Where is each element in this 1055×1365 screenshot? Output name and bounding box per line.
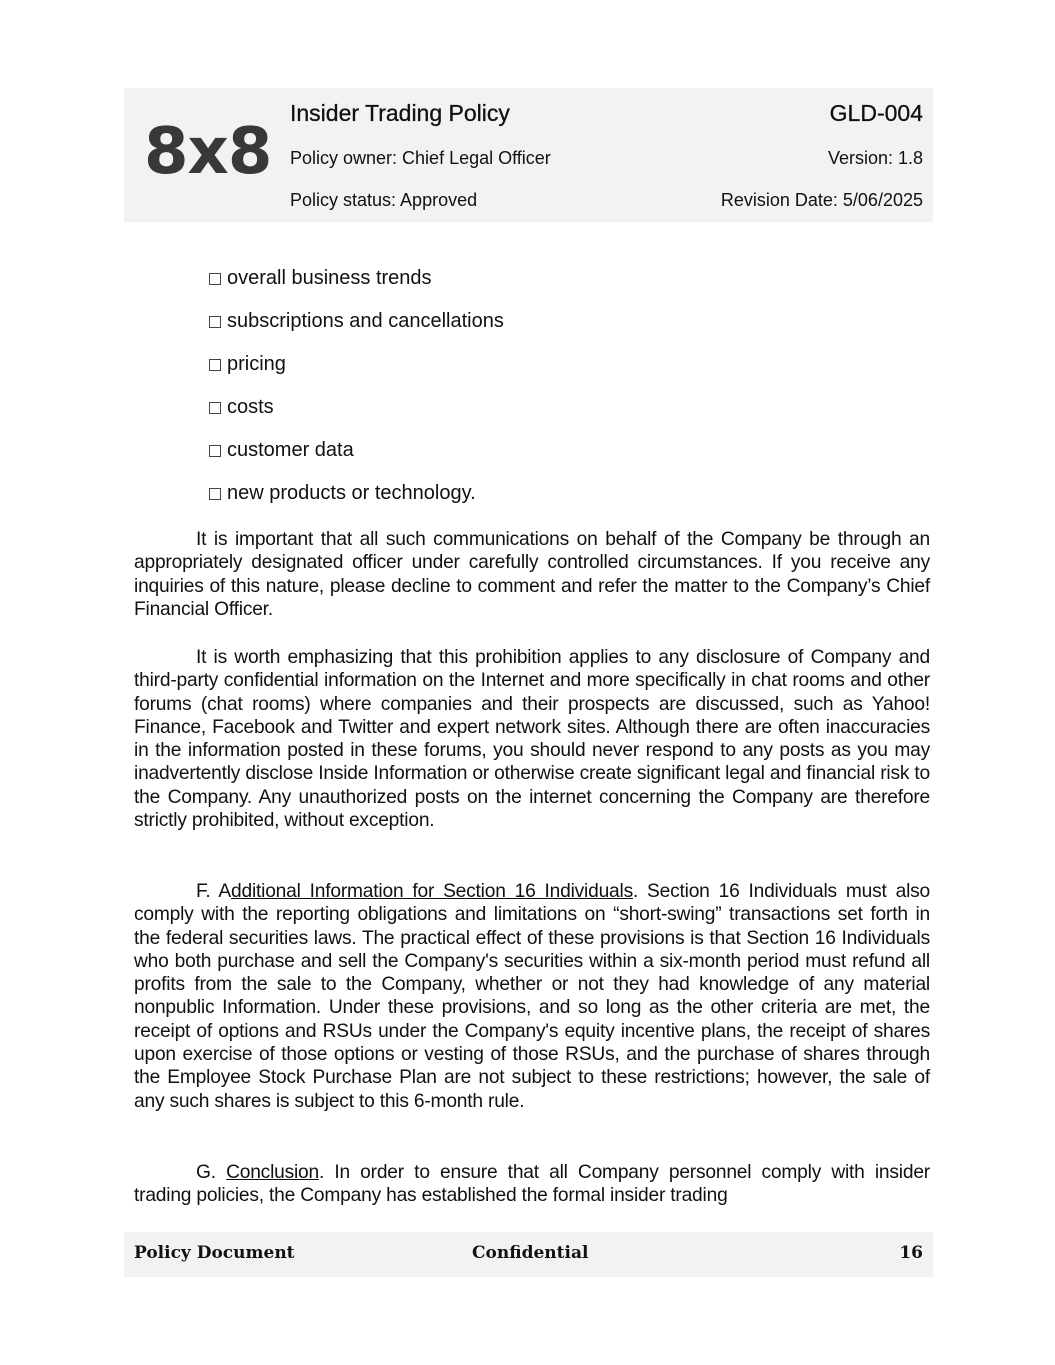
company-logo: 8x8 [144, 116, 271, 188]
revision-date: Revision Date: 5/06/2025 [721, 190, 923, 211]
section-heading: dditional Information for Section 16 Ind… [231, 881, 633, 902]
checkbox-icon [209, 359, 221, 371]
footer-classification: Confidential [472, 1243, 588, 1263]
paragraph-section-16: F. Additional Information for Section 16… [134, 880, 930, 1113]
document-header: 8x8 Insider Trading Policy GLD-004 Polic… [124, 88, 933, 222]
paragraph-conclusion: G. Conclusion. In order to ensure that a… [134, 1161, 930, 1208]
checkbox-icon [209, 488, 221, 500]
paragraph-internet-disclosure: It is worth emphasizing that this prohib… [134, 646, 930, 832]
policy-version: Version: 1.8 [828, 148, 923, 169]
policy-owner: Policy owner: Chief Legal Officer [290, 148, 551, 169]
header-row-owner: Policy owner: Chief Legal Officer Versio… [290, 148, 923, 169]
document-footer: Policy Document Confidential 16 [124, 1232, 933, 1277]
list-item: new products or technology. [208, 481, 504, 524]
list-item: costs [208, 395, 504, 438]
paragraph-communications: It is important that all such communicat… [134, 528, 930, 621]
policy-title: Insider Trading Policy [290, 100, 510, 127]
policy-status: Policy status: Approved [290, 190, 477, 211]
checkbox-icon [209, 273, 221, 285]
policy-id: GLD-004 [830, 100, 923, 127]
header-row-status: Policy status: Approved Revision Date: 5… [290, 190, 923, 211]
page-number: 16 [899, 1243, 923, 1263]
checkbox-icon [209, 445, 221, 457]
bullet-list: overall business trends subscriptions an… [208, 266, 504, 524]
footer-doc-type: Policy Document [134, 1243, 295, 1263]
header-row-title: Insider Trading Policy GLD-004 [290, 100, 923, 127]
section-label: G. [196, 1162, 226, 1183]
list-item: overall business trends [208, 266, 504, 309]
section-label: F. A [196, 881, 231, 902]
list-item: subscriptions and cancellations [208, 309, 504, 352]
section-heading: Conclusion [226, 1162, 319, 1183]
list-item: customer data [208, 438, 504, 481]
checkbox-icon [209, 402, 221, 414]
checkbox-icon [209, 316, 221, 328]
list-item: pricing [208, 352, 504, 395]
